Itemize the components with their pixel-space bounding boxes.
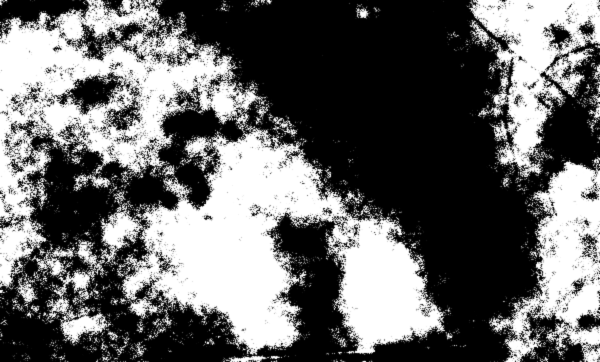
screenshot-root bbox=[0, 0, 600, 362]
thresholded-grunge-texture-image bbox=[0, 0, 600, 362]
